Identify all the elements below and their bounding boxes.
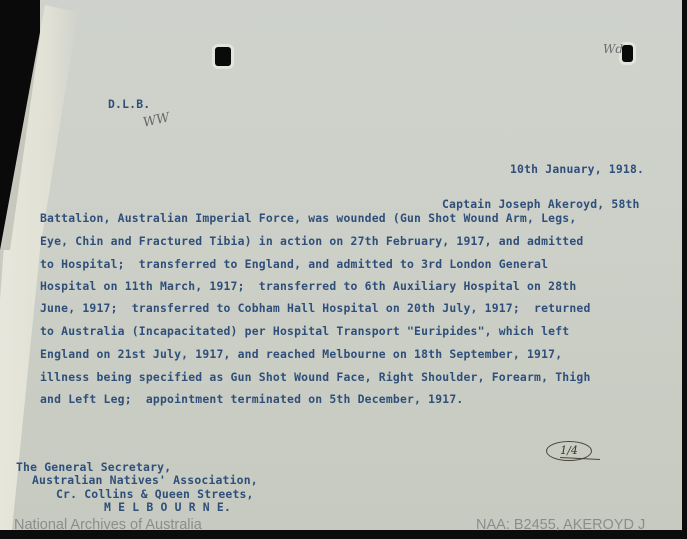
address-line: Cr. Collins & Queen Streets, [56, 489, 254, 500]
address-line: M E L B O U R N E. [104, 502, 231, 513]
address-line: The General Secretary, [16, 462, 171, 473]
body-line: Hospital on 11th March, 1917; transferre… [40, 281, 576, 292]
letter-date: 10th January, 1918. [510, 164, 644, 175]
punch-hole-icon [215, 47, 231, 66]
body-line: June, 1917; transferred to Cobham Hall H… [40, 303, 591, 314]
body-line: illness being specified as Gun Shot Woun… [40, 372, 591, 383]
punch-hole-icon [622, 45, 633, 62]
scan-border-right [682, 0, 687, 539]
body-line: to Australia (Incapacitated) per Hospita… [40, 326, 569, 337]
body-line: Captain Joseph Akeroyd, 58th [442, 199, 640, 210]
body-line: England on 21st July, 1917, and reached … [40, 349, 562, 360]
archive-citation: NAA: B2455, AKEROYD J [476, 517, 645, 533]
body-line: Battalion, Australian Imperial Force, wa… [40, 213, 576, 224]
file-reference: D.L.B. [108, 99, 150, 110]
body-line: to Hospital; transferred to England, and… [40, 259, 548, 270]
body-line: Eye, Chin and Fractured Tibia) in action… [40, 236, 583, 247]
body-line: and Left Leg; appointment terminated on … [40, 394, 463, 405]
archive-watermark: National Archives of Australia [14, 517, 202, 533]
address-line: Australian Natives' Association, [32, 475, 258, 486]
handwritten-mark: Wd [603, 42, 623, 56]
scanned-document: D.L.B. WW Wd 10th January, 1918. Captain… [0, 0, 687, 539]
